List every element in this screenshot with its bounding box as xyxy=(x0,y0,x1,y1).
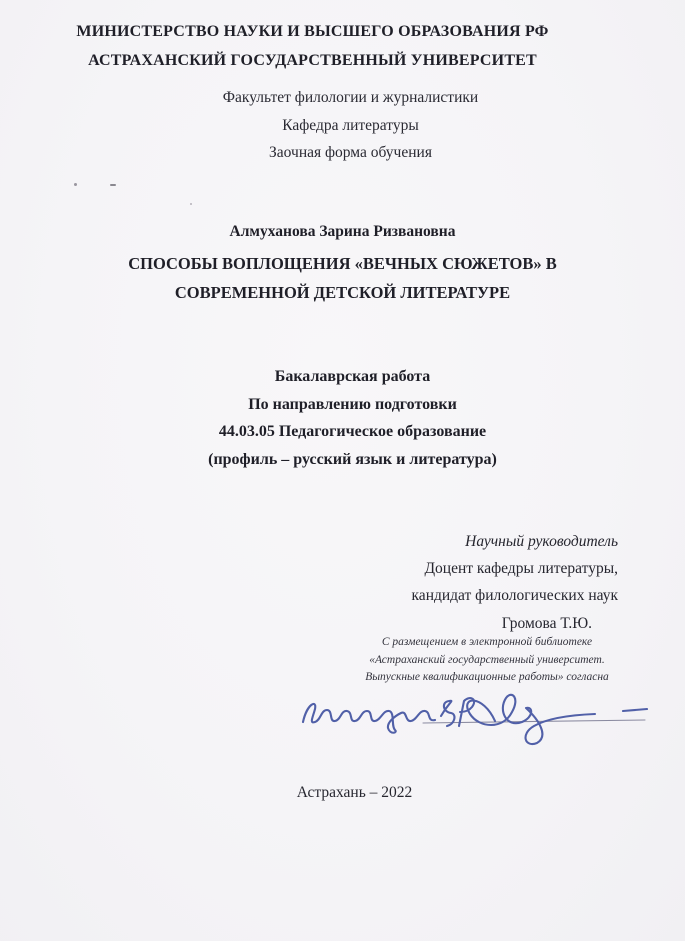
thesis-title-line1: СПОСОБЫ ВОПЛОЩЕНИЯ «ВЕЧНЫХ СЮЖЕТОВ» В xyxy=(0,250,685,279)
scan-speck xyxy=(110,184,116,186)
department-line: Кафедра литературы xyxy=(8,112,685,140)
handwritten-signature xyxy=(295,686,657,752)
study-form-line: Заочная форма обучения xyxy=(8,139,685,167)
permission-line2: «Астраханский государственный университе… xyxy=(287,652,685,670)
work-type-line: Бакалаврская работа xyxy=(10,363,685,391)
ministry-line: МИНИСТЕРСТВО НАУКИ И ВЫСШЕГО ОБРАЗОВАНИЯ… xyxy=(0,17,655,46)
supervisor-name: Громова Т.Ю. xyxy=(0,610,618,637)
signature-ink-strokes xyxy=(295,686,657,752)
supervisor-block: Научный руководитель Доцент кафедры лите… xyxy=(0,528,618,637)
scanned-thesis-title-page: МИНИСТЕРСТВО НАУКИ И ВЫСШЕГО ОБРАЗОВАНИЯ… xyxy=(0,0,685,941)
faculty-line: Факультет филологии и журналистики xyxy=(8,84,685,112)
thesis-title: СПОСОБЫ ВОПЛОЩЕНИЯ «ВЕЧНЫХ СЮЖЕТОВ» В СО… xyxy=(0,250,685,307)
thesis-title-line2: СОВРЕМЕННОЙ ДЕТСКОЙ ЛИТЕРАТУРЕ xyxy=(0,279,685,308)
ministry-university-header: МИНИСТЕРСТВО НАУКИ И ВЫСШЕГО ОБРАЗОВАНИЯ… xyxy=(0,17,655,75)
city-year-line: Астрахань – 2022 xyxy=(12,784,685,802)
author-name: Алмуханова Зарина Ризвановна xyxy=(0,223,685,241)
scan-speck xyxy=(74,183,77,186)
supervisor-degree-line: кандидат филологических наук xyxy=(0,582,618,609)
work-type-block: Бакалаврская работа По направлению подго… xyxy=(10,363,685,473)
supervisor-heading: Научный руководитель xyxy=(0,528,618,555)
university-line: АСТРАХАНСКИЙ ГОСУДАРСТВЕННЫЙ УНИВЕРСИТЕТ xyxy=(0,46,655,75)
scan-speck xyxy=(190,203,192,205)
elibrary-permission-note: С размещением в электронной библиотеке «… xyxy=(287,634,685,687)
supervisor-position-line: Доцент кафедры литературы, xyxy=(0,555,618,582)
permission-line3: Выпускные квалификационные работы» согла… xyxy=(287,669,685,687)
faculty-block: Факультет филологии и журналистики Кафед… xyxy=(8,84,685,167)
direction-code-line: 44.03.05 Педагогическое образование xyxy=(10,418,685,446)
permission-line1: С размещением в электронной библиотеке xyxy=(287,634,685,652)
profile-line: (профиль – русский язык и литература) xyxy=(10,446,685,474)
direction-label-line: По направлению подготовки xyxy=(10,391,685,419)
